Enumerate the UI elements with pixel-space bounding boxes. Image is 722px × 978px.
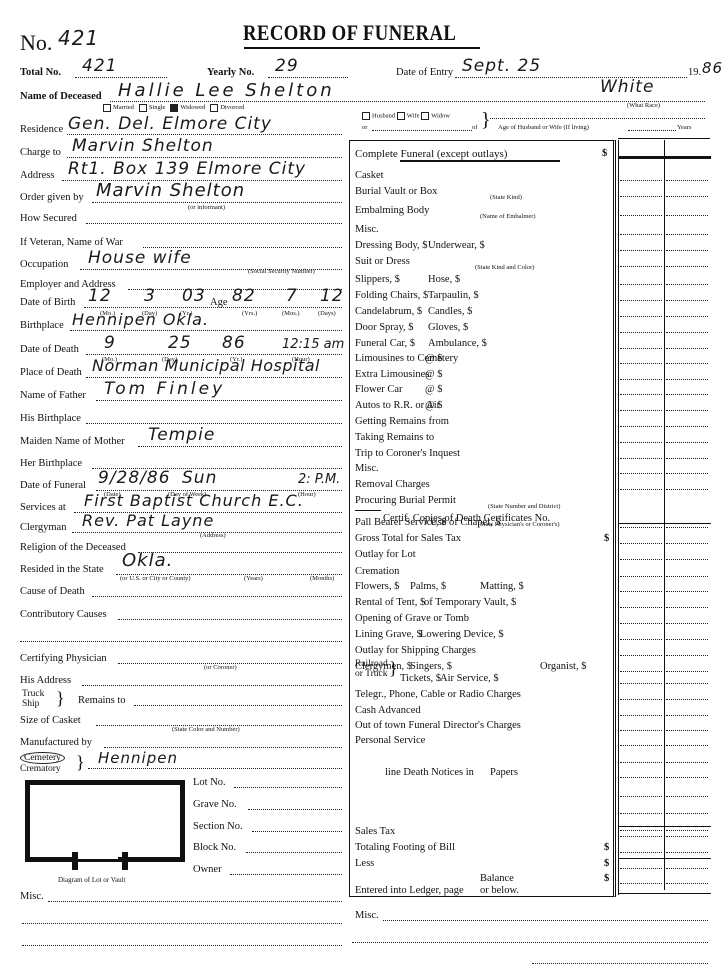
- ledger-amount-cents[interactable]: [666, 830, 708, 831]
- ledger-amount-dollars[interactable]: [620, 813, 662, 814]
- ledger-item-label: Burial Vault or Box: [355, 186, 437, 198]
- ledger-item-label: Entered into Ledger, page: [355, 885, 464, 897]
- brace: }: [76, 752, 85, 772]
- marital-status-group: Married Single Widowed Divorced: [103, 104, 244, 112]
- services-field[interactable]: First Baptist Church E.C.: [84, 493, 304, 509]
- birthplace-line: [70, 330, 342, 331]
- funeral-date-field[interactable]: 9/28/86: [98, 470, 171, 486]
- ledger-item-label: Tickets, $: [400, 673, 441, 685]
- ledger-amount-cents[interactable]: [666, 868, 708, 869]
- order-given-line: [92, 202, 342, 203]
- ledger-item-secondary-label: @ $: [425, 369, 443, 381]
- checkbox-married[interactable]: [103, 104, 111, 112]
- age-years-field[interactable]: 82: [232, 288, 256, 304]
- ledger-item-secondary-label: Singers, $: [410, 661, 452, 673]
- resided-label: Resided in the State: [20, 564, 104, 576]
- ledger-item-secondary-label: Candles, $: [428, 306, 472, 318]
- misc-field-right[interactable]: [383, 920, 708, 921]
- ledger-amount-cents[interactable]: [666, 852, 708, 853]
- cap-resided-months: (Months): [310, 575, 334, 583]
- cap-mos: (Mos.): [282, 310, 300, 318]
- father-label: Name of Father: [20, 390, 86, 402]
- ledger-amount-dollars[interactable]: [620, 655, 662, 656]
- ledger-amount-dollars[interactable]: [620, 379, 662, 380]
- age-days-field[interactable]: 12: [320, 288, 344, 304]
- ledger-amount-dollars[interactable]: [620, 868, 662, 869]
- ledger-amount-dollars[interactable]: [620, 699, 662, 700]
- resided-field[interactable]: Okla.: [122, 553, 173, 569]
- ledger-item-secondary-label: @ $: [425, 400, 443, 412]
- ledger-amount-cents[interactable]: [666, 363, 708, 364]
- services-label: Services at: [20, 502, 66, 514]
- marital-divorced[interactable]: Divorced: [210, 104, 244, 111]
- ledger-amount-dollars[interactable]: [620, 745, 662, 746]
- physician-label: Certifying Physician: [20, 653, 107, 665]
- ledger-amount-dollars[interactable]: [620, 715, 662, 716]
- ledger-amount-cents[interactable]: [666, 796, 708, 797]
- ledger-amount-cents[interactable]: [666, 348, 708, 349]
- contrib-field[interactable]: [118, 619, 342, 620]
- crematory-label: Crematory: [20, 764, 65, 774]
- ledger-amount-dollars[interactable]: [620, 576, 662, 577]
- mother-line: [138, 446, 342, 447]
- informant-caption: (or informant): [188, 204, 225, 212]
- ledger-item-label: Totaling Footing of Bill: [355, 842, 455, 854]
- deceased-name-label: Name of Deceased: [20, 91, 102, 103]
- ledger-amount-dollars[interactable]: [620, 234, 662, 235]
- truck-ship-group: Truck Ship: [22, 689, 44, 709]
- ledger-amount-dollars[interactable]: [620, 266, 662, 267]
- his-address-field[interactable]: [82, 685, 342, 686]
- ledger-amount-cents[interactable]: [666, 180, 708, 181]
- ledger-amount-dollars[interactable]: [620, 883, 662, 884]
- ledger-amount-cents[interactable]: [666, 215, 708, 216]
- ledger-item-label: Cremation: [355, 566, 399, 578]
- ledger-amount-cents[interactable]: [666, 655, 708, 656]
- ledger-item-tertiary-label: Organist, $: [540, 661, 586, 673]
- ledger-amount-cents[interactable]: [666, 458, 708, 459]
- spouse-age-label: Age of Husband or Wife (If living): [498, 124, 589, 132]
- ledger-amount-cents[interactable]: [666, 699, 708, 700]
- ledger-item-secondary-label: or below.: [480, 885, 519, 897]
- truck-label: Truck: [22, 689, 44, 699]
- cap-coroner: (or Coroner): [204, 664, 237, 672]
- title-underline: [244, 47, 480, 49]
- manufactured-field[interactable]: [104, 747, 342, 748]
- pod-field[interactable]: Norman Municipal Hospital: [92, 358, 320, 374]
- marital-widowed[interactable]: Widowed: [170, 104, 205, 111]
- ledger-amount-dollars[interactable]: [620, 489, 662, 490]
- cause-label: Cause of Death: [20, 586, 85, 598]
- owner-field[interactable]: [230, 874, 342, 875]
- address-label: Address: [20, 170, 54, 182]
- ledger-item-secondary-label: @ $: [425, 384, 443, 396]
- misc-field-left-2[interactable]: [22, 923, 342, 924]
- ledger-amount-dollars[interactable]: [620, 180, 662, 181]
- ledger-item-secondary-label: Ambulance, $: [428, 338, 487, 350]
- page-title: RECORD OF FUNERAL: [243, 20, 456, 46]
- ledger-amount-cents[interactable]: [666, 489, 708, 490]
- total-no-label: Total No.: [20, 67, 61, 79]
- ledger-amount-cents[interactable]: [666, 316, 708, 317]
- cemetery-label-circled: Cemetery: [20, 752, 65, 764]
- birthplace-field[interactable]: Hennipen Okla.: [72, 312, 209, 328]
- ledger-amount-dollars[interactable]: [620, 559, 662, 560]
- spouse-or-label: or: [362, 124, 367, 132]
- misc-label-left: Misc.: [20, 891, 44, 903]
- dollar-sign: $: [604, 533, 609, 545]
- order-given-label: Order given by: [20, 192, 84, 204]
- vault-leg-right: [122, 852, 128, 870]
- ledger-amount-dollars[interactable]: [620, 458, 662, 459]
- ledger-amount-cents[interactable]: [666, 777, 708, 778]
- ledger-caption: (Name of Embalmer): [480, 213, 536, 221]
- mother-label: Maiden Name of Mother: [20, 436, 125, 448]
- funeral-hour-field[interactable]: 2: P.M.: [298, 472, 340, 488]
- ledger-item-label: Telegr., Phone, Cable or Radio Charges: [355, 689, 521, 701]
- ledger-item-label: Out of town Funeral Director's Charges: [355, 720, 521, 732]
- ledger-item-label: Rental of Tent, $: [355, 597, 425, 609]
- ledger-amount-dollars[interactable]: [620, 543, 662, 544]
- checkbox-divorced[interactable]: [210, 104, 218, 112]
- his-birthplace-label: His Birthplace: [20, 413, 81, 425]
- ledger-amount-cents[interactable]: [666, 196, 708, 197]
- lot-no-label: Lot No.: [193, 777, 226, 789]
- ledger-amount-cents[interactable]: [666, 576, 708, 577]
- age-months-field[interactable]: 7: [286, 288, 298, 304]
- ledger-amount-dollars[interactable]: [620, 332, 662, 333]
- ledger-amount-cents[interactable]: [666, 379, 708, 380]
- ledger-amount-dollars[interactable]: [620, 852, 662, 853]
- ledger-item-label: Lining Grave, $: [355, 629, 422, 641]
- ledger-amount-cents[interactable]: [666, 730, 708, 731]
- funeral-date-label: Date of Funeral: [20, 480, 86, 492]
- checkbox-husband[interactable]: [362, 112, 370, 120]
- age-label: Age: [210, 297, 228, 309]
- total-no-line: [75, 77, 167, 78]
- brace: }: [56, 688, 65, 708]
- ledger-amount-cents[interactable]: [666, 813, 708, 814]
- ledger-item-label: Complete Funeral (except outlays): [355, 148, 507, 160]
- record-number-value: 421: [58, 30, 99, 46]
- occupation-label: Occupation: [20, 259, 68, 271]
- yearly-no-field[interactable]: 29: [275, 58, 299, 74]
- ledger-item-label: line Death Notices in: [385, 767, 474, 779]
- ledger-item-secondary-label: of Temporary Vault, $: [424, 597, 516, 609]
- mother-field[interactable]: Tempie: [148, 427, 215, 443]
- ledger-amount-cents[interactable]: [666, 745, 708, 746]
- ledger-amount-cents[interactable]: [666, 623, 708, 624]
- ledger-amount-dollars[interactable]: [620, 442, 662, 443]
- charge-to-label: Charge to: [20, 147, 61, 159]
- diagram-caption: Diagram of Lot or Vault: [58, 876, 126, 884]
- ledger-amount-dollars[interactable]: [620, 836, 662, 837]
- ledger-amount-cents[interactable]: [666, 284, 708, 285]
- ledger-rule-gross: [619, 523, 711, 524]
- his-birthplace-field[interactable]: [86, 423, 342, 424]
- ledger-item-label: Opening of Grave or Tomb: [355, 613, 469, 625]
- cap-resided-years: (Years): [244, 575, 263, 583]
- misc-label-right: Misc.: [355, 910, 379, 922]
- ledger-amount-cents[interactable]: [666, 715, 708, 716]
- ledger-item-secondary-label: Gloves, $: [428, 322, 468, 334]
- how-secured-field[interactable]: [86, 223, 342, 224]
- ledger-amount-dollars[interactable]: [620, 796, 662, 797]
- date-entry-field[interactable]: Sept. 25: [462, 58, 541, 74]
- ledger-amount-dollars[interactable]: [620, 196, 662, 197]
- deceased-name-field[interactable]: Hallie Lee Shelton: [118, 83, 335, 99]
- how-secured-label: How Secured: [20, 213, 77, 225]
- remains-to-field[interactable]: [134, 705, 342, 706]
- cemetery-crematory-group: Cemetery Crematory: [20, 752, 65, 774]
- ledger-amount-dollars[interactable]: [620, 591, 662, 592]
- record-number-label: No.: [20, 30, 52, 56]
- ledger-amount-cents[interactable]: [666, 250, 708, 251]
- ledger-amount-cents[interactable]: [666, 671, 708, 672]
- ledger-item-label: Casket: [355, 170, 384, 182]
- ledger-item-label: Removal Charges: [355, 479, 430, 491]
- ledger-item-secondary-label: Tarpaulin, $: [428, 290, 479, 302]
- ledger-amount-cents[interactable]: [666, 394, 708, 395]
- ledger-caption: (State Kind): [490, 194, 522, 202]
- ledger-amount-cents[interactable]: [666, 883, 708, 884]
- misc-field-left[interactable]: [48, 901, 342, 902]
- grave-no-label: Grave No.: [193, 799, 237, 811]
- ledger-caption: (State Kind and Color): [475, 264, 534, 272]
- ledger-thick-rule: [619, 156, 711, 159]
- ledger-item-label: Dressing Body, $: [355, 240, 428, 252]
- charge-to-line: [67, 157, 342, 158]
- block-no-field[interactable]: [246, 852, 342, 853]
- ledger-amount-dollars[interactable]: [620, 762, 662, 763]
- dod-line: [86, 354, 342, 355]
- section-no-label: Section No.: [193, 821, 243, 833]
- ledger-amount-cents[interactable]: [666, 473, 708, 474]
- dob-label: Date of Birth: [20, 297, 75, 309]
- ledger-amount-dollars[interactable]: [620, 623, 662, 624]
- dod-month-field[interactable]: 9: [104, 335, 116, 351]
- spouse-age-unit: Years: [677, 124, 692, 132]
- ledger-item-label: Extra Limousines: [355, 369, 429, 381]
- cause-field[interactable]: [92, 596, 342, 597]
- dollar-sign: $: [604, 842, 609, 854]
- ledger-item-secondary-label: Lowering Device, $: [420, 629, 504, 641]
- ledger-item-label: Suit or Dress: [355, 256, 410, 268]
- ledger-item-label: Taking Remains to: [355, 432, 434, 444]
- grave-no-field[interactable]: [248, 809, 342, 810]
- dollar-sign: $: [604, 858, 609, 870]
- residence-field[interactable]: Gen. Del. Elmore City: [68, 116, 272, 132]
- ledger-item-label: Gross Total for Sales Tax: [355, 533, 461, 545]
- ledger-amount-dollars[interactable]: [620, 250, 662, 251]
- lot-no-field[interactable]: [234, 787, 342, 788]
- religion-label: Religion of the Deceased: [20, 542, 126, 554]
- ledger-amount-cents[interactable]: [666, 591, 708, 592]
- vault-leg-left: [72, 852, 78, 870]
- section-no-field[interactable]: [252, 831, 342, 832]
- ledger-item-tertiary-label: Matting, $: [480, 581, 524, 593]
- misc-field-right-2[interactable]: [352, 942, 708, 943]
- clergyman-label: Clergyman: [20, 522, 66, 534]
- year-prefix: 19.: [688, 67, 701, 79]
- ledger-amount-dollars[interactable]: [620, 473, 662, 474]
- ledger-amount-cents[interactable]: [666, 442, 708, 443]
- ledger-amount-dollars[interactable]: [620, 777, 662, 778]
- ledger-amount-cents[interactable]: [666, 639, 708, 640]
- date-entry-label: Date of Entry: [396, 67, 453, 79]
- misc-field-left-3[interactable]: [22, 945, 342, 946]
- checkbox-wife[interactable]: [397, 112, 405, 120]
- certif-copies-count-field[interactable]: [355, 510, 381, 511]
- dod-day-field[interactable]: 25: [168, 335, 192, 351]
- dod-label: Date of Death: [20, 344, 79, 356]
- race-field[interactable]: White: [600, 79, 654, 95]
- occupation-field[interactable]: House wife: [88, 250, 192, 266]
- cap-casket: (State Color and Number): [172, 726, 240, 734]
- complete-funeral-underline: [400, 160, 560, 162]
- ledger-item-label: Less: [355, 858, 374, 870]
- ledger-amount-cents[interactable]: [666, 410, 708, 411]
- ledger-rule-bottom: [619, 893, 711, 894]
- dod-year-field[interactable]: 86: [222, 335, 246, 351]
- ledger-item-label: Cash Advanced: [355, 705, 421, 717]
- ledger-amount-dollars[interactable]: [620, 394, 662, 395]
- checkbox-widowed-checked[interactable]: [170, 104, 178, 112]
- dob-day-field[interactable]: 3: [144, 288, 156, 304]
- ledger-amount-dollars[interactable]: [620, 215, 662, 216]
- ledger-item-label: Getting Remains from: [355, 416, 449, 428]
- ledger-item-label: Limousines to Cemetery: [355, 353, 458, 365]
- ledger-amount-dollars[interactable]: [620, 316, 662, 317]
- residence-label: Residence: [20, 124, 63, 136]
- spouse-options: Husband Wife Widow: [362, 112, 450, 120]
- checkbox-single[interactable]: [139, 104, 147, 112]
- ledger-item-label: Flower Car: [355, 384, 403, 396]
- her-birthplace-label: Her Birthplace: [20, 458, 82, 470]
- yearly-no-label: Yearly No.: [207, 67, 254, 79]
- pod-label: Place of Death: [20, 367, 82, 379]
- ledger-amount-cents[interactable]: [666, 527, 708, 528]
- spouse-of-label: of: [472, 124, 477, 132]
- ledger-item-label: Procuring Burial Permit: [355, 495, 456, 507]
- dob-month-field[interactable]: 12: [88, 288, 112, 304]
- ledger-item-label: Trip to Coroner's Inquest: [355, 448, 460, 460]
- marital-married[interactable]: Married: [103, 104, 134, 111]
- railroad-label: Railroad: [355, 659, 388, 669]
- ship-label: Ship: [22, 699, 44, 709]
- spouse-name-line: [490, 118, 705, 119]
- ledger-amount-cents[interactable]: [666, 559, 708, 560]
- total-no-field[interactable]: 421: [82, 58, 117, 74]
- ledger-amount-cents[interactable]: [666, 234, 708, 235]
- ledger-amount-dollars[interactable]: [620, 671, 662, 672]
- vault-opening: [78, 847, 118, 859]
- ledger-item-label: Embalming Body: [355, 205, 429, 217]
- ledger-amount-cents[interactable]: [666, 332, 708, 333]
- ledger-amount-dollars[interactable]: [620, 527, 662, 528]
- dob-year-field[interactable]: 03: [182, 288, 206, 304]
- cemetery-field[interactable]: Hennipen: [98, 750, 178, 766]
- ledger-amount-dollars[interactable]: [620, 363, 662, 364]
- ledger-item-label: Misc.: [355, 224, 379, 236]
- order-given-field[interactable]: Marvin Shelton: [96, 183, 245, 199]
- residence-line: [67, 134, 342, 135]
- ledger-column-dollars: [618, 140, 619, 895]
- father-line: [96, 400, 342, 401]
- remains-to-label: Remains to: [78, 695, 126, 707]
- ledger-amount-dollars[interactable]: [620, 348, 662, 349]
- ledger-amount-dollars[interactable]: [620, 730, 662, 731]
- address-field[interactable]: Rt1. Box 139 Elmore City: [68, 161, 306, 177]
- ledger-amount-dollars[interactable]: [620, 639, 662, 640]
- his-address-label: His Address: [20, 675, 71, 687]
- ledger-amount-cents[interactable]: [666, 762, 708, 763]
- ledger-amount-dollars[interactable]: [620, 607, 662, 608]
- cap-resided: (or U.S. or City or County): [120, 575, 191, 583]
- cap-days: (Days): [318, 310, 336, 318]
- pod-line: [86, 377, 342, 378]
- ledger-amount-dollars[interactable]: [620, 830, 662, 831]
- funeral-dow-field[interactable]: Sun: [182, 470, 217, 486]
- checkbox-widow[interactable]: [421, 112, 429, 120]
- ledger-amount-cents[interactable]: [666, 266, 708, 267]
- ledger-amount-cents[interactable]: [666, 300, 708, 301]
- ledger-item-label: Funeral Car, $: [355, 338, 415, 350]
- or-truck-label: or Truck: [355, 669, 388, 679]
- ledger-item-label: Personal Service: [355, 735, 425, 747]
- misc-field-right-3[interactable]: [532, 963, 708, 964]
- charge-to-field[interactable]: Marvin Shelton: [72, 138, 214, 154]
- ledger-item-secondary-label: Palms, $: [410, 581, 446, 593]
- deceased-name-line: [110, 101, 705, 102]
- spouse-line: [372, 130, 472, 131]
- father-field[interactable]: Tom Finley: [104, 381, 225, 397]
- ledger-amount-dollars[interactable]: [620, 683, 662, 684]
- ledger-item-label: Door Spray, $: [355, 322, 414, 334]
- contrib-field-2[interactable]: [20, 641, 342, 642]
- ledger-column-cents: [664, 140, 665, 890]
- ledger-amount-cents[interactable]: [666, 543, 708, 544]
- cemetery-line: [88, 768, 342, 769]
- marital-single[interactable]: Single: [139, 104, 166, 111]
- clergyman-field[interactable]: Rev. Pat Layne: [82, 513, 214, 529]
- spouse-age-line: [628, 130, 676, 131]
- ledger-amount-dollars[interactable]: [620, 300, 662, 301]
- ledger-amount-cents[interactable]: [666, 607, 708, 608]
- dod-hour-field[interactable]: 12:15 am: [282, 337, 344, 353]
- ledger-item-label: Slippers, $: [355, 274, 400, 286]
- dollar-sign: $: [602, 148, 607, 160]
- brace: }: [481, 110, 491, 130]
- ledger-amount-dollars[interactable]: [620, 284, 662, 285]
- ledger-item-label: Outlay for Shipping Charges: [355, 645, 476, 657]
- ledger-amount-cents[interactable]: [666, 836, 708, 837]
- manufactured-label: Manufactured by: [20, 737, 92, 749]
- dollar-sign: $: [604, 873, 609, 885]
- ledger-item-secondary-label: Air Service, $: [440, 673, 499, 685]
- ledger-amount-dollars[interactable]: [620, 426, 662, 427]
- ledger-rule-salestax: [619, 826, 711, 827]
- ledger-item-label: Sales Tax: [355, 826, 395, 838]
- cap-yrs: (Yrs.): [242, 310, 257, 318]
- ledger-item-label: Misc.: [355, 463, 379, 475]
- ledger-amount-dollars[interactable]: [620, 410, 662, 411]
- ledger-amount-cents[interactable]: [666, 683, 708, 684]
- year-field[interactable]: 86: [702, 60, 722, 76]
- ledger-amount-cents[interactable]: [666, 426, 708, 427]
- ledger-item-label: Candelabrum, $: [355, 306, 422, 318]
- casket-size-label: Size of Casket: [20, 715, 81, 727]
